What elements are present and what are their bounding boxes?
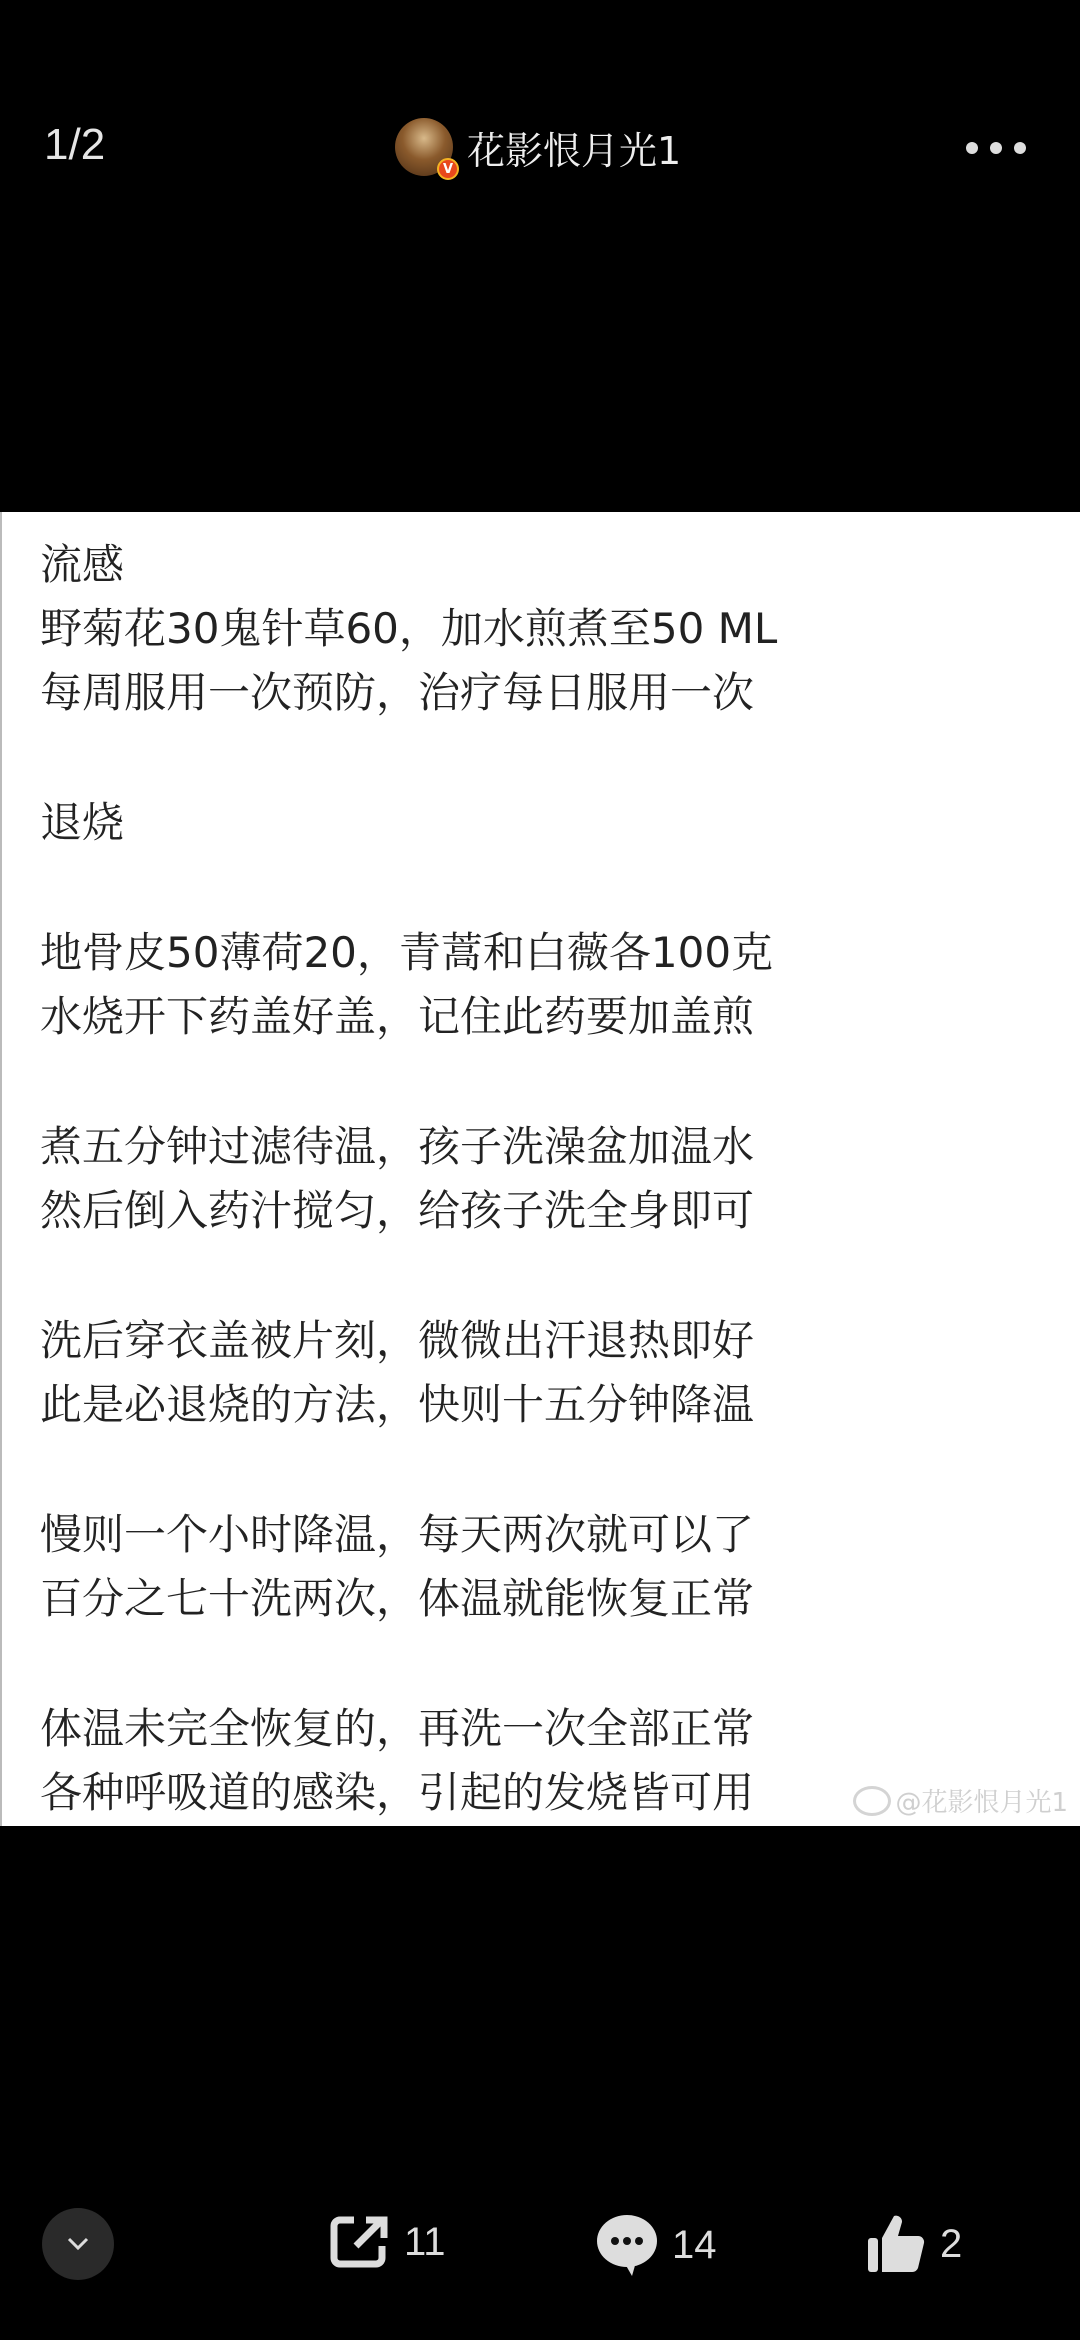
author-name[interactable]: 花影恨月光1 (467, 120, 681, 175)
more-options-button[interactable] (966, 142, 1026, 154)
collapse-button[interactable] (42, 2208, 114, 2280)
comment-button[interactable]: 14 (596, 2214, 717, 2276)
bottom-action-bar: 11 14 2 (0, 2200, 1080, 2290)
comment-count: 14 (672, 2223, 717, 2268)
text-line: 慢则一个小时降温，每天两次就可以了 (40, 1502, 754, 1562)
weibo-logo-icon (853, 1786, 891, 1816)
chevron-down-icon (66, 2236, 90, 2252)
text-line: 每周服用一次预防，治疗每日服用一次 (40, 660, 754, 720)
author-info[interactable]: V 花影恨月光1 (395, 118, 681, 176)
text-line: 流感 (40, 532, 124, 592)
dot-icon (990, 142, 1002, 154)
watermark-text: @花影恨月光1 (895, 1782, 1068, 1819)
text-line: 野菊花30鬼针草60，加水煎煮至50 ML (40, 596, 777, 656)
watermark: @花影恨月光1 (853, 1782, 1068, 1819)
verified-badge-icon: V (437, 158, 459, 180)
text-line: 体温未完全恢复的，再洗一次全部正常 (40, 1696, 754, 1756)
text-line: 然后倒入药汁搅匀，给孩子洗全身即可 (40, 1178, 754, 1238)
text-line: 洗后穿衣盖被片刻，微微出汗退热即好 (40, 1308, 754, 1368)
repost-count: 11 (404, 2220, 446, 2265)
dot-icon (966, 142, 978, 154)
text-line: 水烧开下药盖好盖，记住此药要加盖煎 (40, 984, 754, 1044)
text-line: 退烧 (40, 790, 124, 850)
like-count: 2 (940, 2222, 962, 2267)
text-line: 百分之七十洗两次，体温就能恢复正常 (40, 1566, 754, 1626)
avatar[interactable]: V (395, 118, 453, 176)
share-icon (330, 2214, 390, 2270)
thumbs-up-icon (866, 2214, 926, 2274)
dot-icon (1014, 142, 1026, 154)
text-line: 地骨皮50薄荷20，青蒿和白薇各100克 (40, 920, 773, 980)
text-line: 各种呼吸道的感染，引起的发烧皆可用 (40, 1760, 754, 1820)
comment-icon (596, 2214, 658, 2276)
page-indicator: 1/2 (44, 120, 105, 170)
top-bar: 1/2 V 花影恨月光1 (0, 80, 1080, 220)
text-line: 煮五分钟过滤待温，孩子洗澡盆加温水 (40, 1114, 754, 1174)
repost-button[interactable]: 11 (330, 2214, 446, 2270)
post-image[interactable]: 流感 野菊花30鬼针草60，加水煎煮至50 ML 每周服用一次预防，治疗每日服用… (0, 512, 1080, 1826)
text-line: 此是必退烧的方法，快则十五分钟降温 (40, 1372, 754, 1432)
like-button[interactable]: 2 (866, 2214, 962, 2274)
